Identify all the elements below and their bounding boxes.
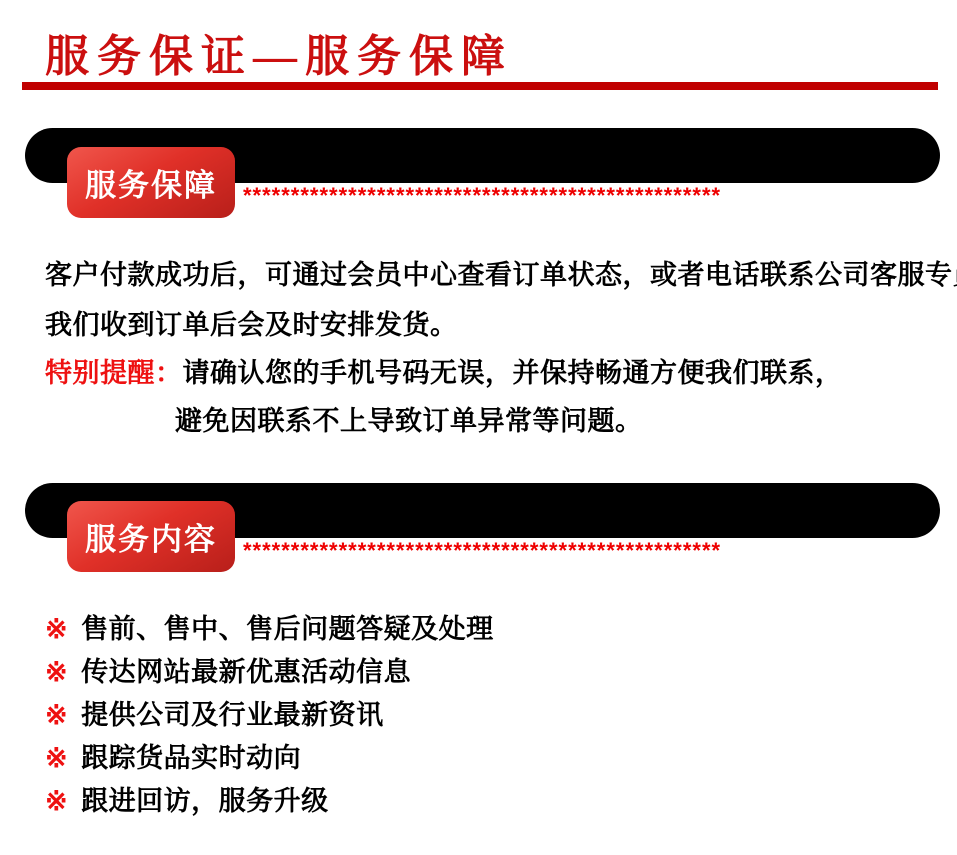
reference-mark-icon: ※ <box>45 786 68 816</box>
list-item: ※跟踪货品实时动向 <box>45 737 494 780</box>
service-guarantee-page: 服务保证—服务保障 服务保障 *************************… <box>0 0 957 855</box>
list-item-text: 跟进回访，服务升级 <box>81 786 329 816</box>
list-item-text: 传达网站最新优惠活动信息 <box>81 657 411 687</box>
special-reminder-line1: 特别提醒：请确认您的手机号码无误，并保持畅通方便我们联系， <box>45 356 843 390</box>
title-underline-rule <box>22 82 938 90</box>
list-item: ※提供公司及行业最新资讯 <box>45 694 494 737</box>
content-stars-divider: ****************************************… <box>243 538 721 564</box>
list-item: ※跟进回访，服务升级 <box>45 780 494 823</box>
special-reminder-text1: 请确认您的手机号码无误，并保持畅通方便我们联系， <box>183 358 843 388</box>
guarantee-paragraph: 客户付款成功后，可通过会员中心查看订单状态，或者电话联系公司客服专员， 我们收到… <box>45 250 957 350</box>
page-title: 服务保证—服务保障 <box>45 20 513 84</box>
reference-mark-icon: ※ <box>45 700 68 730</box>
list-item-text: 提供公司及行业最新资讯 <box>81 700 384 730</box>
content-badge: 服务内容 <box>67 501 235 572</box>
guarantee-paragraph-line1: 客户付款成功后，可通过会员中心查看订单状态，或者电话联系公司客服专员， <box>45 250 957 300</box>
guarantee-badge: 服务保障 <box>67 147 235 218</box>
guarantee-paragraph-line2: 我们收到订单后会及时安排发货。 <box>45 300 957 350</box>
list-item-text: 跟踪货品实时动向 <box>81 743 301 773</box>
reference-mark-icon: ※ <box>45 614 68 644</box>
service-content-list: ※售前、售中、售后问题答疑及处理 ※传达网站最新优惠活动信息 ※提供公司及行业最… <box>45 608 494 823</box>
reference-mark-icon: ※ <box>45 743 68 773</box>
reference-mark-icon: ※ <box>45 657 68 687</box>
guarantee-stars-divider: ****************************************… <box>243 183 721 209</box>
list-item: ※传达网站最新优惠活动信息 <box>45 651 494 694</box>
special-reminder-line2: 避免因联系不上导致订单异常等问题。 <box>175 404 643 438</box>
list-item-text: 售前、售中、售后问题答疑及处理 <box>81 614 494 644</box>
special-reminder-label: 特别提醒： <box>45 358 183 388</box>
list-item: ※售前、售中、售后问题答疑及处理 <box>45 608 494 651</box>
